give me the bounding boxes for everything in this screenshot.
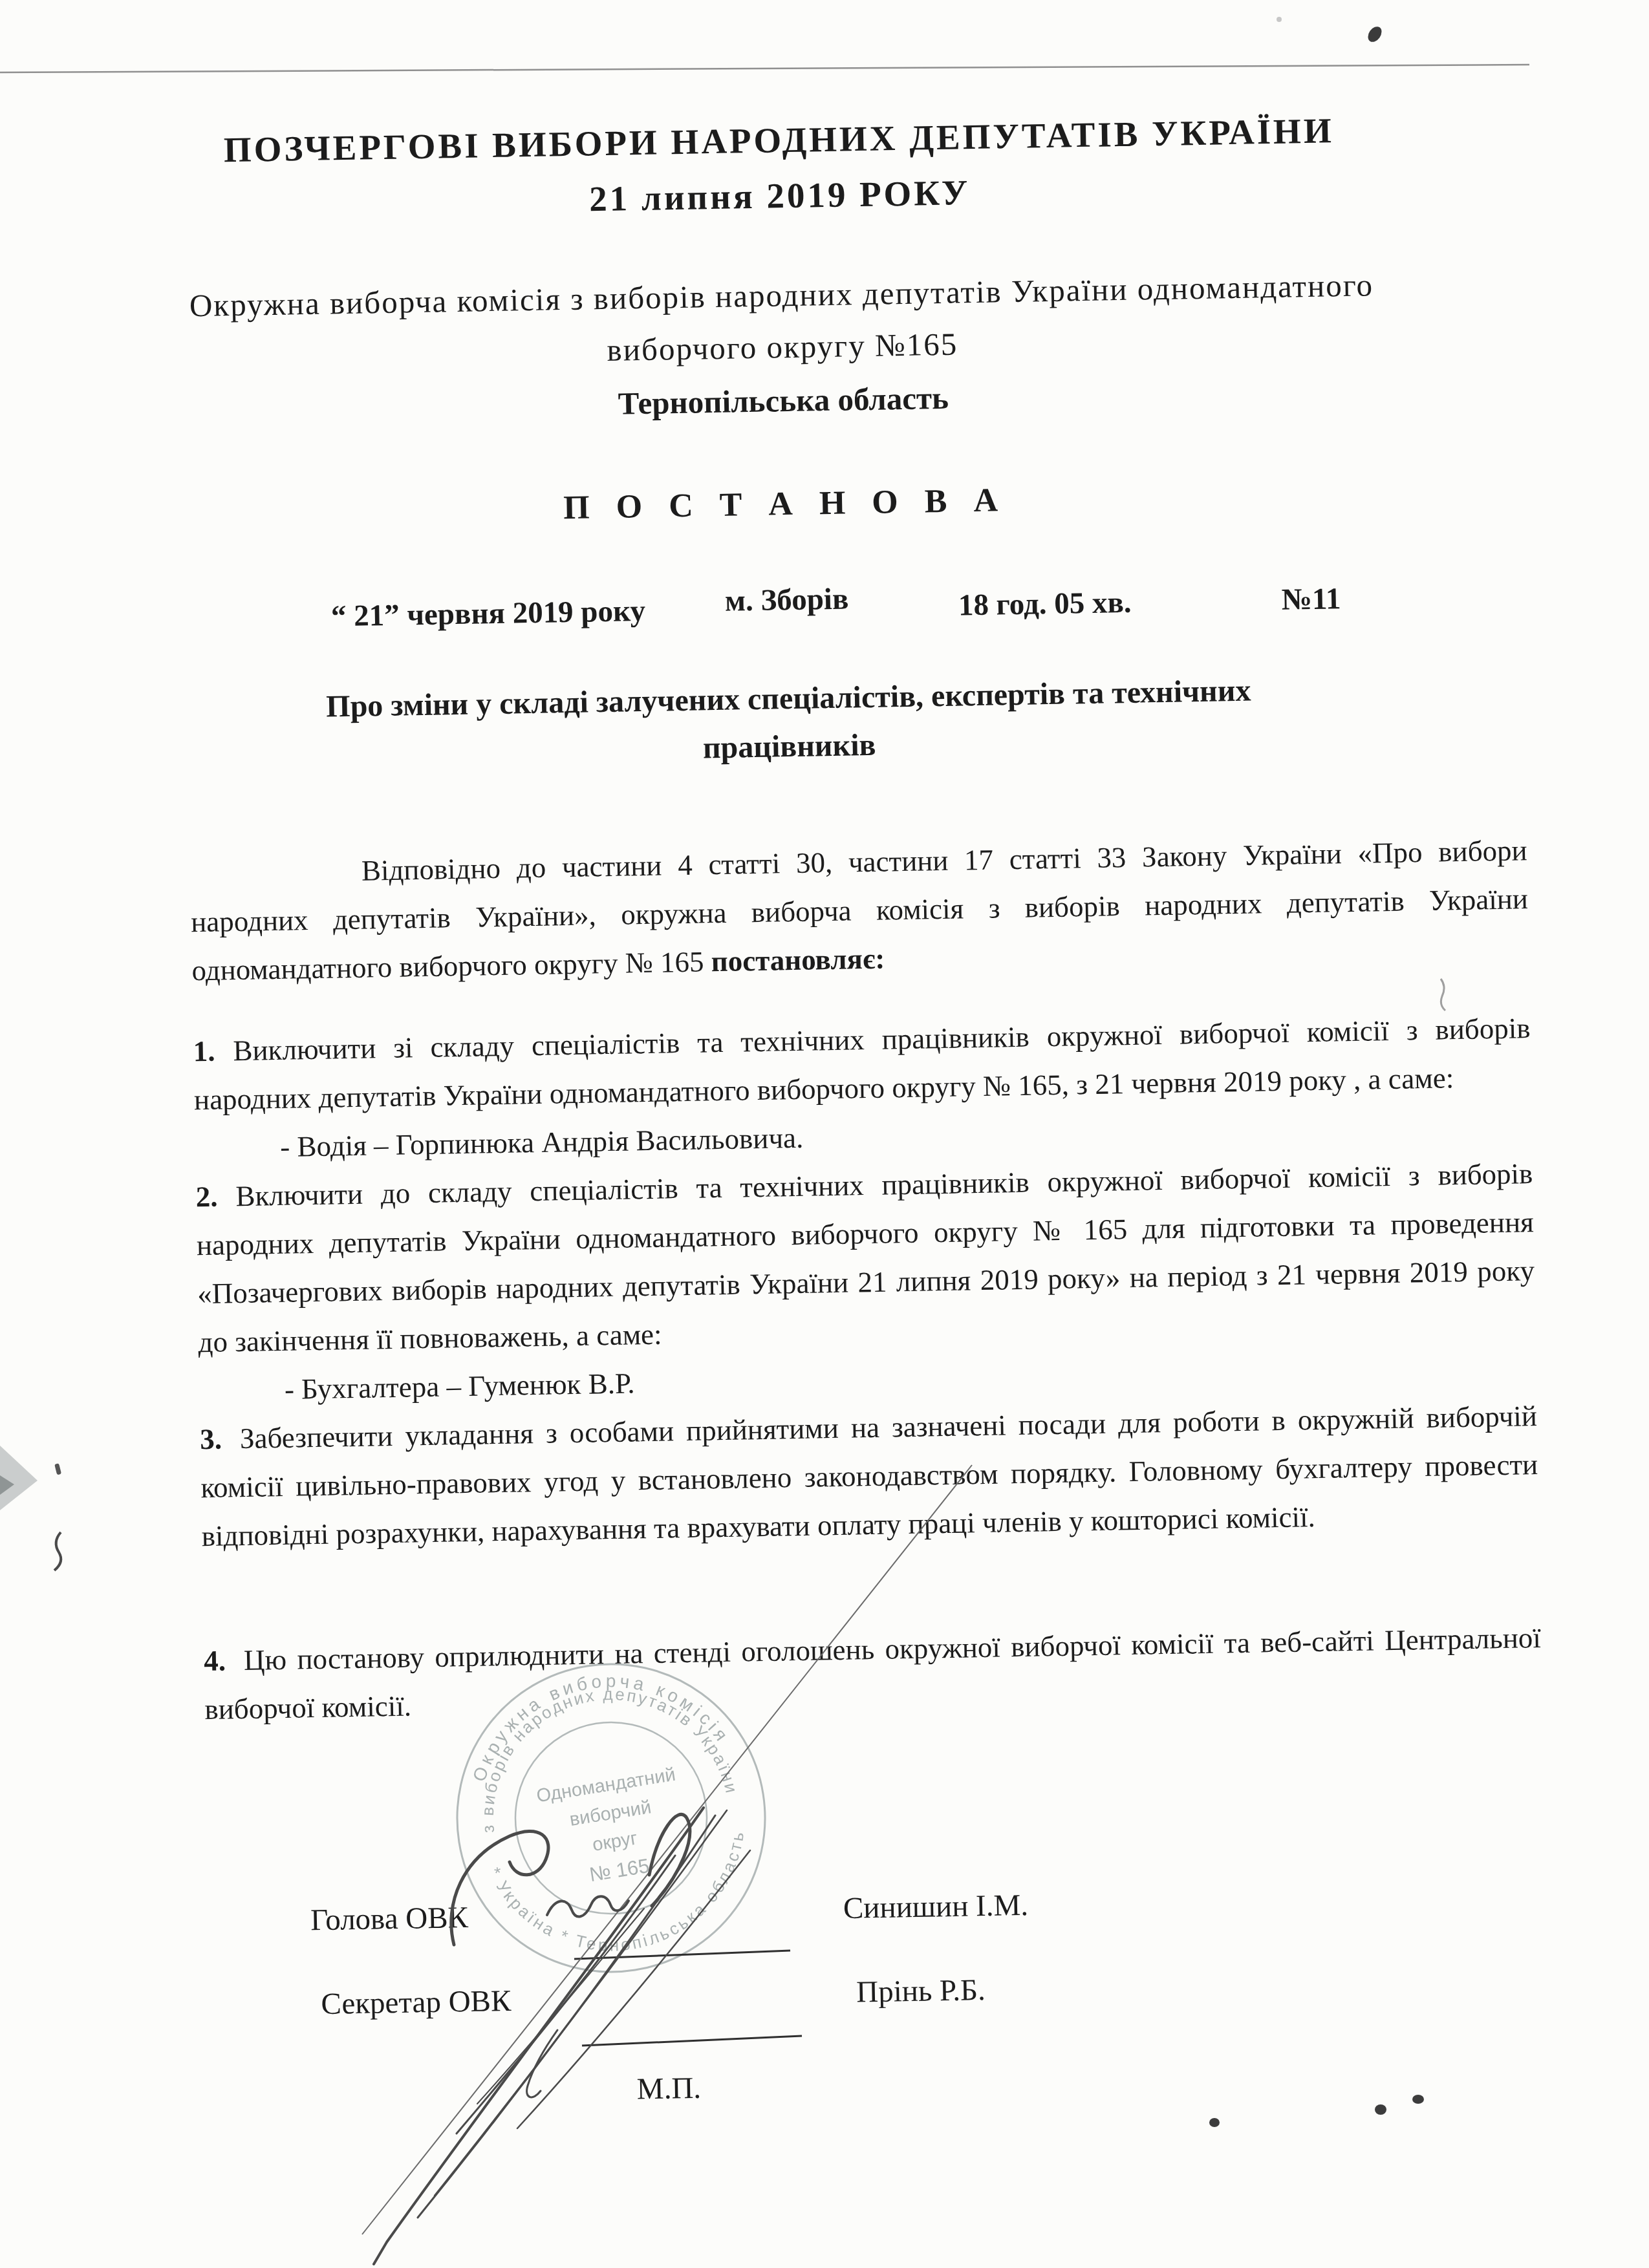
item-4-text: Цю постанову оприлюднити на стенді оголо… (204, 1621, 1541, 1726)
commission-name-line2: виборчого округу №165 (78, 317, 1488, 378)
scanned-decree-page: Окружна виборча комісія з виборів народн… (0, 0, 1649, 2268)
item-3-number: 3. (200, 1422, 241, 1455)
decree-date: “ 21” червня 2019 року (331, 594, 646, 634)
decree-item-3: 3.Забезпечити укладання з особами прийня… (200, 1392, 1540, 1561)
head-of-commission-label: Голова ОВК (310, 1900, 469, 1938)
decree-time: 18 год. 05 хв. (958, 585, 1132, 623)
election-title-line1: ПОЗЧЕРГОВІ ВИБОРИ НАРОДНИХ ДЕПУТАТІВ УКР… (74, 109, 1484, 172)
item-1-number: 1. (193, 1034, 233, 1067)
intro-resolves-word: постановляє: (711, 943, 885, 978)
item-1-text: Виключити зі складу спеціалістів та техн… (194, 1012, 1531, 1116)
item-3-text: Забезпечити укладання з особами прийняти… (200, 1400, 1538, 1552)
decree-body: Відповідно до частини 4 статті 30, части… (189, 826, 1542, 1734)
intro-paragraph: Відповідно до частини 4 статті 30, части… (189, 826, 1529, 995)
item-2-text: Включити до складу спеціалістів та техні… (197, 1157, 1535, 1358)
item-4-number: 4. (204, 1644, 244, 1677)
election-title-line2: 21 липня 2019 РОКУ (74, 164, 1485, 228)
secretary-label: Секретар ОВК (321, 1984, 512, 2022)
decree-subject: Про зміни у складі залучених спеціалісті… (83, 663, 1494, 783)
head-of-commission-name: Синишин І.М. (843, 1888, 1029, 1926)
decree-number: №11 (1281, 581, 1341, 617)
document-header: ПОЗЧЕРГОВІ ВИБОРИ НАРОДНИХ ДЕПУТАТІВ УКР… (74, 109, 1492, 630)
region-name: Тернопільська область (78, 370, 1489, 431)
decree-item-4: 4.Цю постанову оприлюднити на стенді ого… (204, 1614, 1542, 1734)
item-2-number: 2. (195, 1180, 236, 1213)
document-text-layer: ПОЗЧЕРГОВІ ВИБОРИ НАРОДНИХ ДЕПУТАТІВ УКР… (0, 0, 1649, 2268)
seal-place-abbr: М.П. (636, 2071, 701, 2107)
document-type-title: П О С Т А Н О В А (80, 473, 1491, 535)
secretary-name: Прінь Р.Б. (856, 1973, 986, 2009)
commission-name-line1: Окружна виборча комісія з виборів народн… (76, 265, 1487, 326)
decree-item-2: 2.Включити до складу спеціалістів та тех… (195, 1150, 1536, 1367)
